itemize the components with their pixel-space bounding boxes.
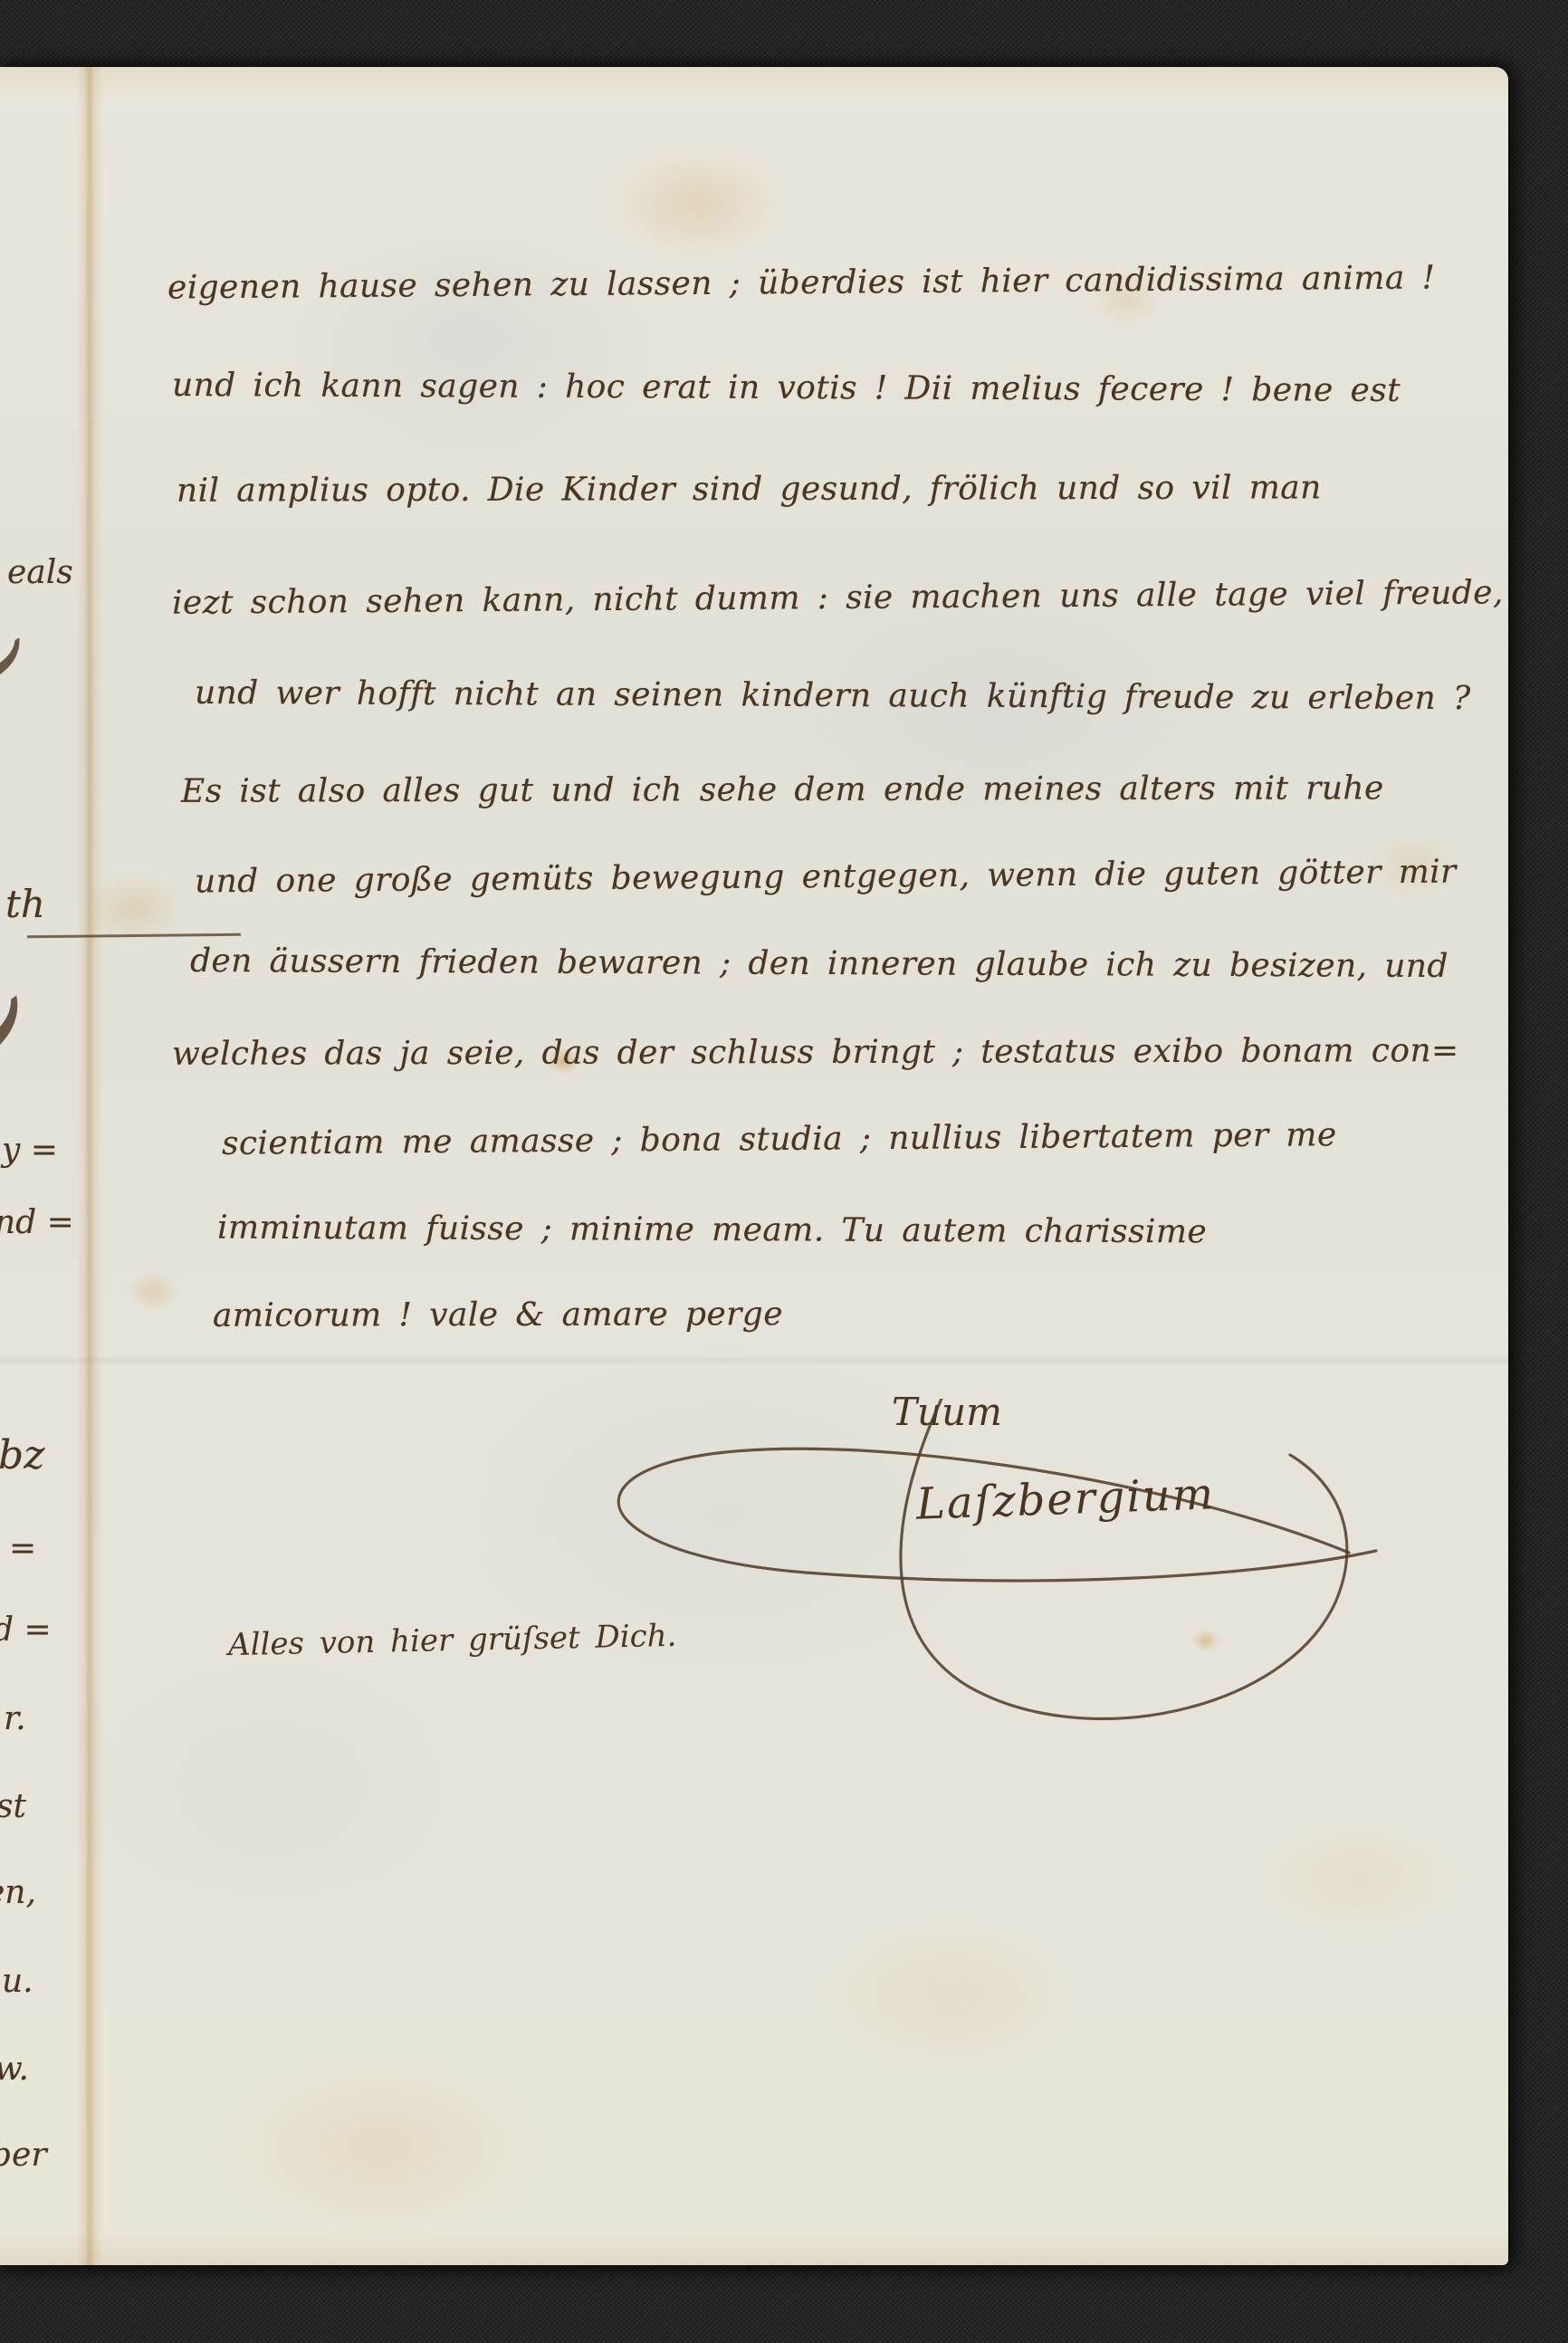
horizontal-crease (0, 1356, 1508, 1365)
flourish-curve: ) (0, 975, 59, 1109)
flourish-curve: ) (0, 624, 49, 712)
letter-line: und ich kann sagen : hoc erat in votis !… (172, 367, 1401, 409)
fold-crease (76, 67, 103, 2265)
clipped-flourish: ) (0, 610, 8, 726)
clipped-word: bz (0, 1432, 44, 1478)
stray-pen-stroke (27, 933, 241, 938)
letter-line: Es ist also alles gut und ich sehe dem e… (181, 770, 1384, 809)
clipped-word: ber (0, 2137, 47, 2174)
clipped-word: en, (0, 1874, 36, 1911)
letter-line: iezt schon sehen kann, nicht dumm : sie … (172, 574, 1504, 622)
signature-flourish (534, 1399, 1403, 1743)
letter-page: eals ) th ) y = nd = bz = d = r. st en, … (0, 67, 1508, 2265)
clipped-word: nd = (0, 1204, 74, 1241)
clipped-word: eals (7, 554, 73, 591)
scan-background: { "document": { "kind": "handwritten-let… (0, 0, 1568, 2343)
letter-line: scientiam me amasse ; bona studia ; null… (222, 1116, 1337, 1162)
letter-line: eigenen hause sehen zu lassen ; überdies… (167, 260, 1436, 307)
clipped-flourish: ) (0, 963, 6, 1121)
clipped-word: w. (0, 2051, 29, 2088)
clipped-word: = (9, 1530, 36, 1567)
clipped-word: u. (2, 1963, 33, 2000)
clipped-word: st (0, 1788, 26, 1825)
letter-line: nil amplius opto. Die Kinder sind gesund… (177, 469, 1322, 509)
letter-line: den äussern frieden bewaren ; den innere… (190, 942, 1448, 985)
signature-name: Laſzbergium (915, 1468, 1216, 1529)
clipped-word: th (5, 882, 45, 926)
letter-line: und one große gemüts bewegung entgegen, … (195, 854, 1457, 901)
letter-line: welches das ja seie, das der schluss bri… (172, 1032, 1459, 1073)
letter-line: amicorum ! vale & amare perge (213, 1296, 783, 1334)
letter-line: und wer hofft nicht an seinen kindern au… (195, 674, 1471, 717)
clipped-word: d = (0, 1611, 52, 1649)
letter-line: imminutam fuisse ; minime meam. Tu autem… (217, 1210, 1207, 1251)
clipped-word: y = (2, 1132, 58, 1169)
clipped-word: r. (4, 1700, 26, 1737)
